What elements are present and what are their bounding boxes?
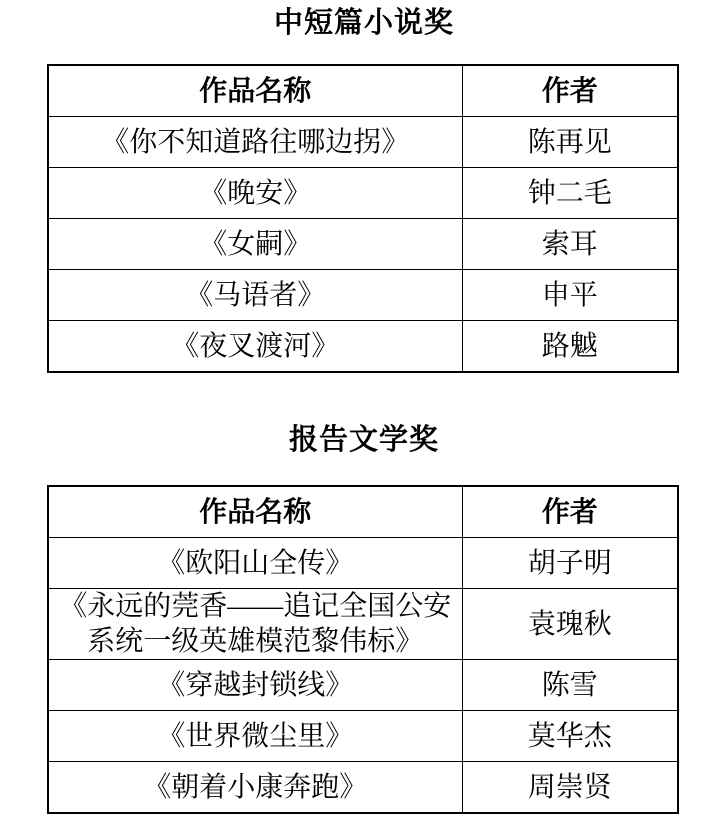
author-cell: 周崇贤 <box>462 762 678 814</box>
awards-table-novella: 作品名称 作者 《你不知道路往哪边拐》 陈再见 《晚安》 钟二毛 《女嗣》 索耳 <box>47 64 679 373</box>
table-row: 《穿越封锁线》 陈雪 <box>48 660 678 711</box>
work-title-cell: 《女嗣》 <box>48 219 462 270</box>
table-row: 《晚安》 钟二毛 <box>48 168 678 219</box>
awards-table-reportage: 作品名称 作者 《欧阳山全传》 胡子明 《永远的莞香——追记全国公安 系统一级英… <box>47 485 679 814</box>
column-header-work: 作品名称 <box>48 486 462 538</box>
work-title-cell: 《永远的莞香——追记全国公安 系统一级英雄模范黎伟标》 <box>48 589 462 660</box>
work-title-cell: 《夜叉渡河》 <box>48 321 462 373</box>
table-row: 《你不知道路往哪边拐》 陈再见 <box>48 117 678 168</box>
author-cell: 莫华杰 <box>462 711 678 762</box>
table-row: 《朝着小康奔跑》 周崇贤 <box>48 762 678 814</box>
header-row: 作品名称 作者 <box>48 486 678 538</box>
column-header-work: 作品名称 <box>48 65 462 117</box>
table-row: 《欧阳山全传》 胡子明 <box>48 538 678 589</box>
table-row: 《永远的莞香——追记全国公安 系统一级英雄模范黎伟标》 袁瑰秋 <box>48 589 678 660</box>
author-cell: 申平 <box>462 270 678 321</box>
author-cell: 陈雪 <box>462 660 678 711</box>
author-cell: 路魆 <box>462 321 678 373</box>
author-cell: 钟二毛 <box>462 168 678 219</box>
work-title-cell: 《穿越封锁线》 <box>48 660 462 711</box>
table-row: 《女嗣》 索耳 <box>48 219 678 270</box>
work-title-cell: 《世界微尘里》 <box>48 711 462 762</box>
table-row: 《夜叉渡河》 路魆 <box>48 321 678 373</box>
document: 中短篇小说奖 作品名称 作者 《你不知道路往哪边拐》 陈再见 《晚安》 <box>0 0 728 814</box>
award-section-reportage: 报告文学奖 作品名称 作者 《欧阳山全传》 胡子明 《永远的莞香——追记全国公安… <box>0 421 728 814</box>
award-section-novella: 中短篇小说奖 作品名称 作者 《你不知道路往哪边拐》 陈再见 《晚安》 <box>0 4 728 373</box>
author-cell: 陈再见 <box>462 117 678 168</box>
work-title-cell: 《马语者》 <box>48 270 462 321</box>
table-row: 《马语者》 申平 <box>48 270 678 321</box>
work-title-cell: 《你不知道路往哪边拐》 <box>48 117 462 168</box>
section-title-reportage: 报告文学奖 <box>0 421 728 459</box>
author-cell: 袁瑰秋 <box>462 589 678 660</box>
column-header-author: 作者 <box>462 486 678 538</box>
column-header-author: 作者 <box>462 65 678 117</box>
table-row: 《世界微尘里》 莫华杰 <box>48 711 678 762</box>
author-cell: 胡子明 <box>462 538 678 589</box>
work-title-cell: 《欧阳山全传》 <box>48 538 462 589</box>
work-title-cell: 《晚安》 <box>48 168 462 219</box>
section-title-novella: 中短篇小说奖 <box>0 4 728 42</box>
header-row: 作品名称 作者 <box>48 65 678 117</box>
author-cell: 索耳 <box>462 219 678 270</box>
work-title-cell: 《朝着小康奔跑》 <box>48 762 462 814</box>
